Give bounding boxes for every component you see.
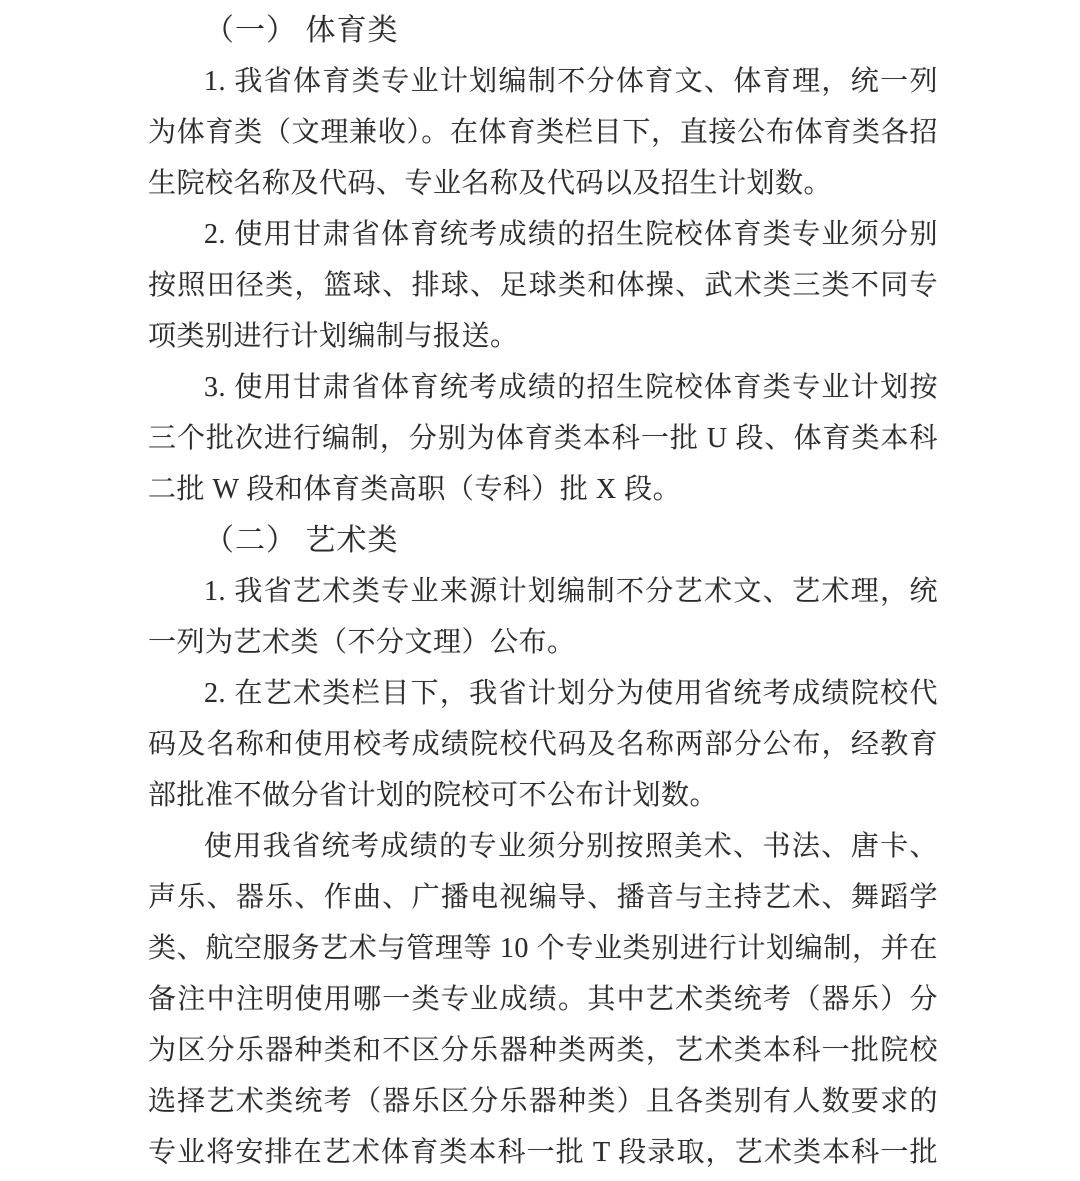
- paragraph: 使用我省统考成绩的专业须分别按照美术、书法、唐卡、声乐、器乐、作曲、广播电视编导…: [148, 821, 938, 1178]
- text-line: 生院校名称及代码、专业名称及代码以及招生计划数。: [148, 158, 938, 209]
- text-line: 部批准不做分省计划的院校可不公布计划数。: [148, 770, 938, 821]
- section-heading: （一） 体育类: [148, 5, 938, 56]
- paragraph: 2. 在艺术类栏目下，我省计划分为使用省统考成绩院校代码及名称和使用校考成绩院校…: [148, 668, 938, 821]
- text-line: 备注中注明使用哪一类专业成绩。其中艺术类统考（器乐）分: [148, 974, 938, 1025]
- text-line: 1. 我省体育类专业计划编制不分体育文、体育理，统一列: [148, 56, 938, 107]
- text-line: 声乐、器乐、作曲、广播电视编导、播音与主持艺术、舞蹈学: [148, 872, 938, 923]
- paragraph: 1. 我省艺术类专业来源计划编制不分艺术文、艺术理，统一列为艺术类（不分文理）公…: [148, 566, 938, 668]
- text-line: 2. 在艺术类栏目下，我省计划分为使用省统考成绩院校代: [148, 668, 938, 719]
- text-line: 为体育类（文理兼收）。在体育类栏目下，直接公布体育类各招: [148, 107, 938, 158]
- text-line: 选择艺术类统考（器乐区分乐器种类）且各类别有人数要求的: [148, 1076, 938, 1127]
- paragraph: 1. 我省体育类专业计划编制不分体育文、体育理，统一列为体育类（文理兼收）。在体…: [148, 56, 938, 209]
- document-body: （一） 体育类1. 我省体育类专业计划编制不分体育文、体育理，统一列为体育类（文…: [148, 5, 938, 1178]
- text-line: （一） 体育类: [148, 5, 938, 56]
- paragraph: 3. 使用甘肃省体育统考成绩的招生院校体育类专业计划按三个批次进行编制，分别为体…: [148, 362, 938, 515]
- text-line: 1. 我省艺术类专业来源计划编制不分艺术文、艺术理，统: [148, 566, 938, 617]
- paragraph: 2. 使用甘肃省体育统考成绩的招生院校体育类专业须分别按照田径类，篮球、排球、足…: [148, 209, 938, 362]
- text-line: 2. 使用甘肃省体育统考成绩的招生院校体育类专业须分别: [148, 209, 938, 260]
- text-line: （二） 艺术类: [148, 515, 938, 566]
- text-line: 项类别进行计划编制与报送。: [148, 311, 938, 362]
- text-line: 专业将安排在艺术体育类本科一批 T 段录取，艺术类本科一批: [148, 1127, 938, 1178]
- text-line: 类、航空服务艺术与管理等 10 个专业类别进行计划编制，并在: [148, 923, 938, 974]
- text-line: 二批 W 段和体育类高职（专科）批 X 段。: [148, 464, 938, 515]
- text-line: 码及名称和使用校考成绩院校代码及名称两部分公布，经教育: [148, 719, 938, 770]
- text-line: 3. 使用甘肃省体育统考成绩的招生院校体育类专业计划按: [148, 362, 938, 413]
- text-line: 三个批次进行编制，分别为体育类本科一批 U 段、体育类本科: [148, 413, 938, 464]
- text-line: 按照田径类，篮球、排球、足球类和体操、武术类三类不同专: [148, 260, 938, 311]
- section-heading: （二） 艺术类: [148, 515, 938, 566]
- text-line: 为区分乐器种类和不区分乐器种类两类，艺术类本科一批院校: [148, 1025, 938, 1076]
- document-page: （一） 体育类1. 我省体育类专业计划编制不分体育文、体育理，统一列为体育类（文…: [0, 0, 1080, 1181]
- text-line: 一列为艺术类（不分文理）公布。: [148, 617, 938, 668]
- text-line: 使用我省统考成绩的专业须分别按照美术、书法、唐卡、: [148, 821, 938, 872]
